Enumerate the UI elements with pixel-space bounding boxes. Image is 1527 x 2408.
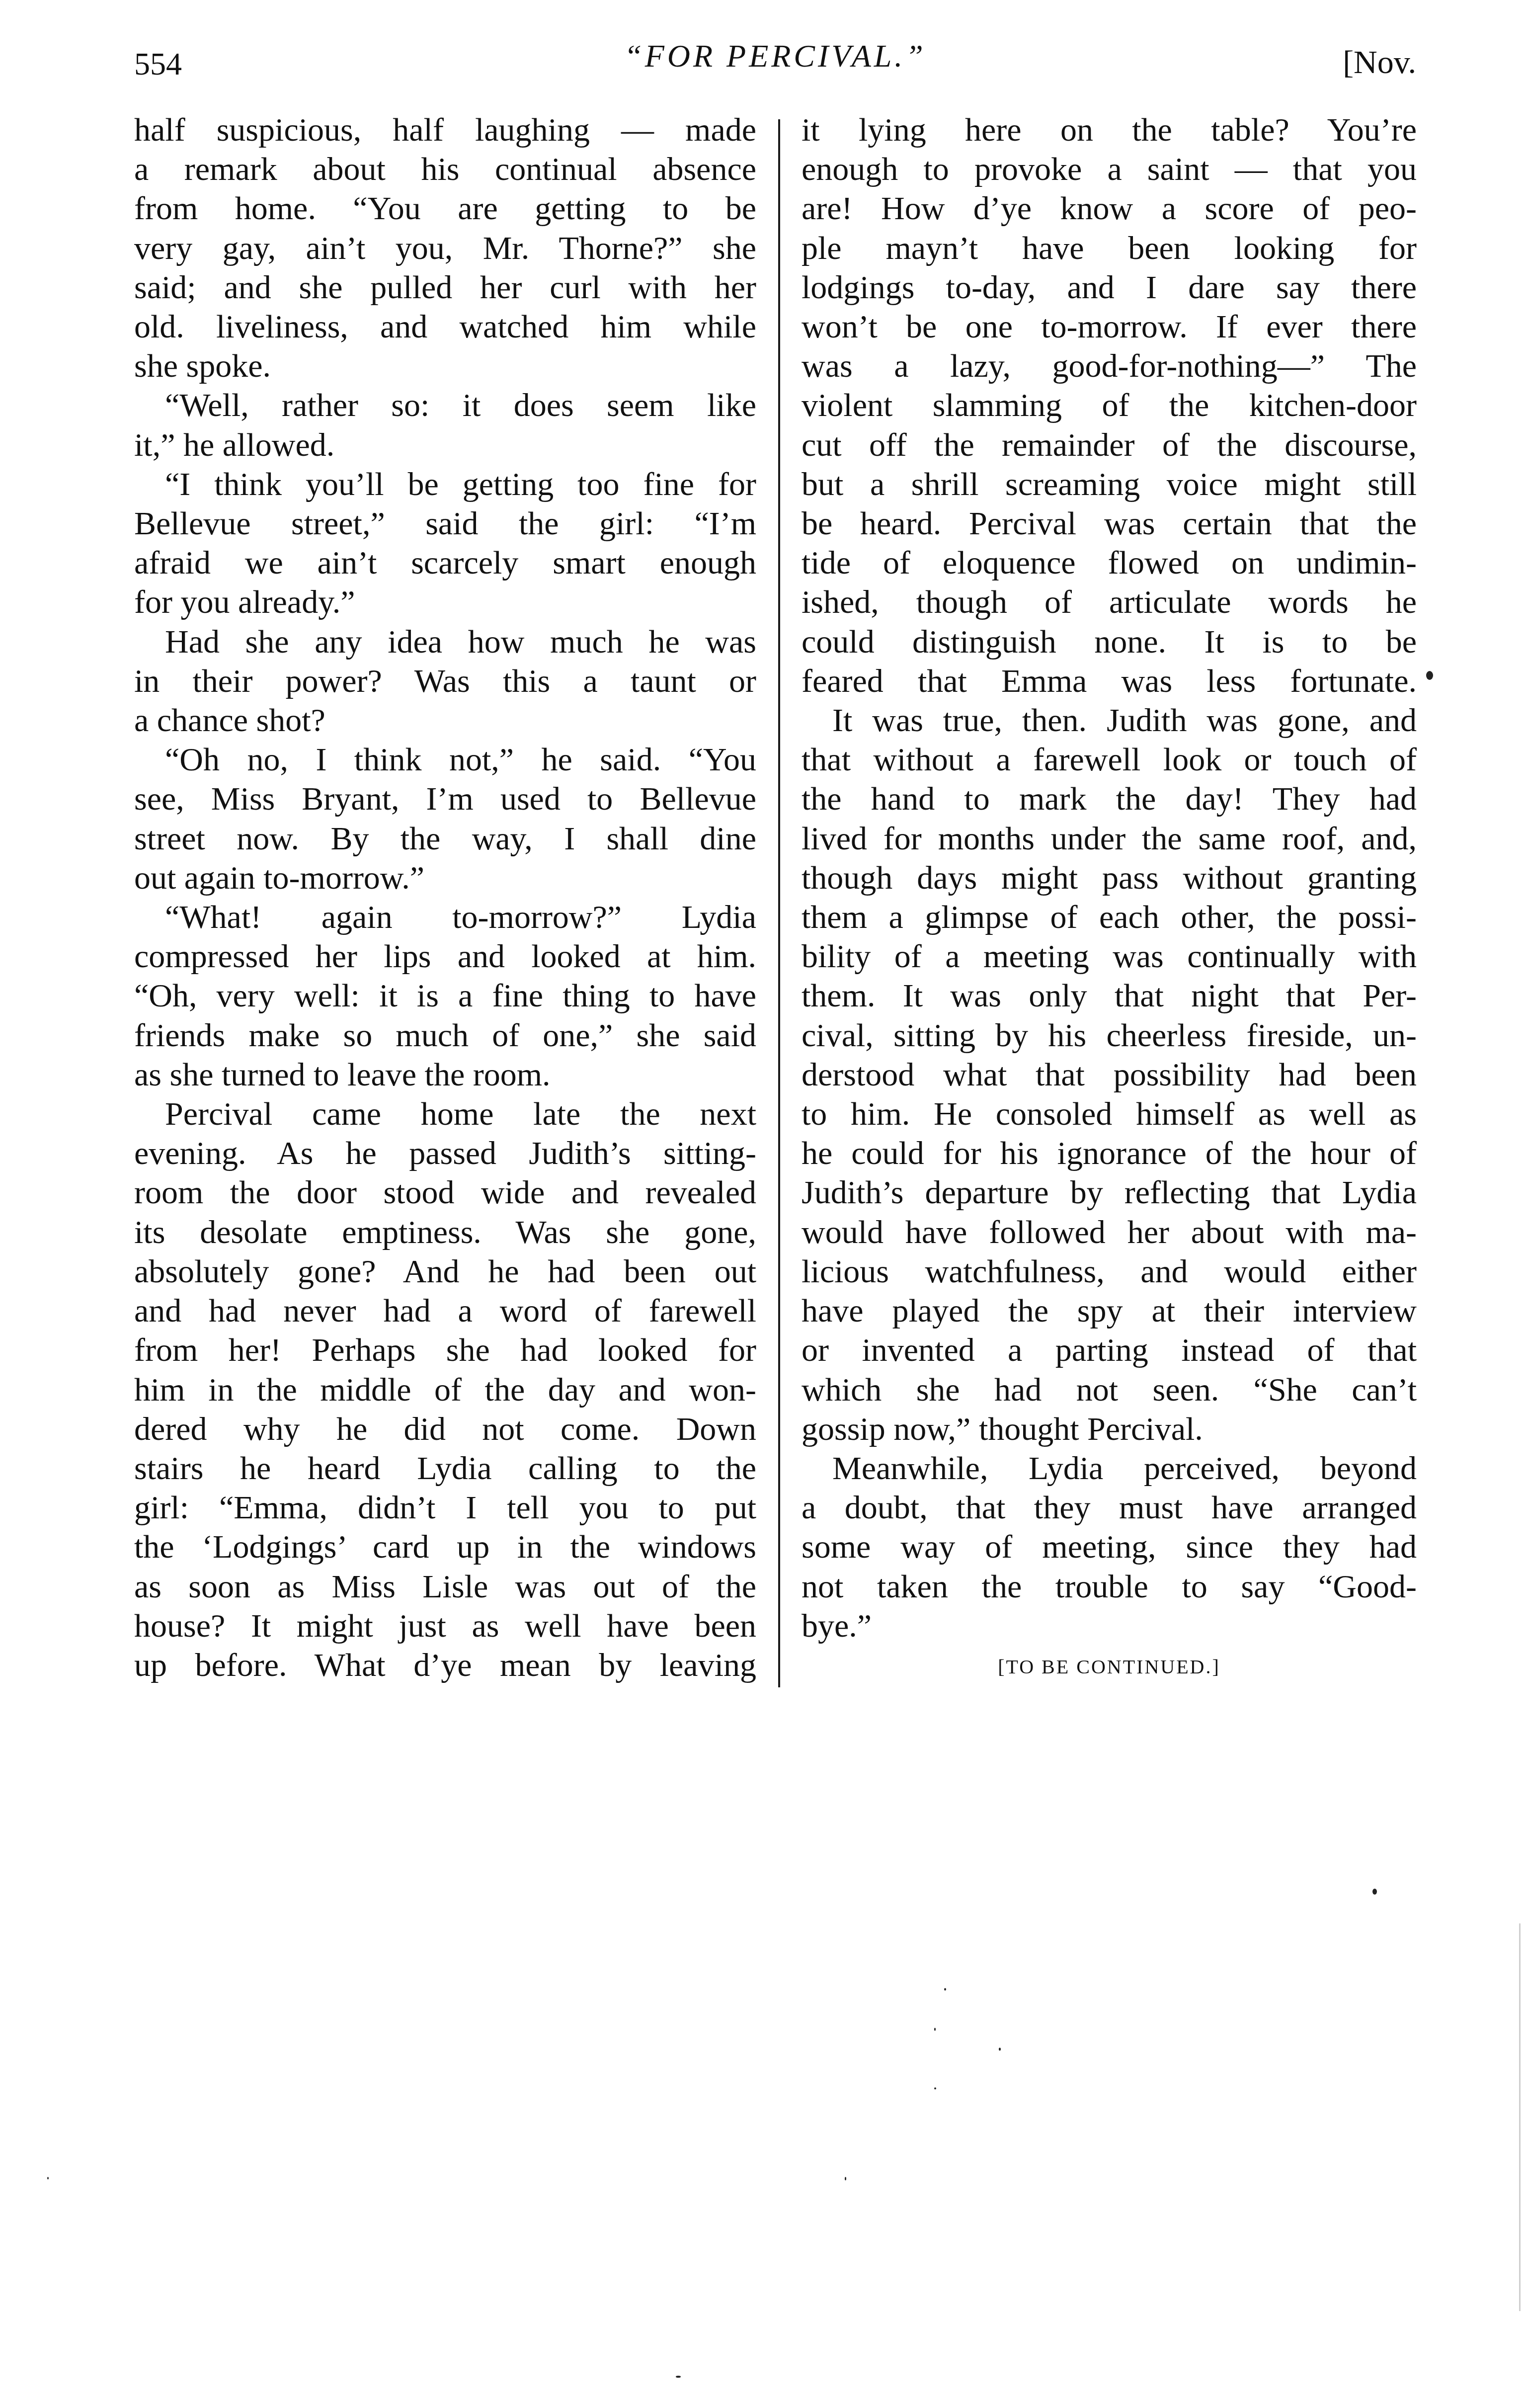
text-line: a remark about his continual absence (134, 150, 756, 189)
text-line: It was true, then. Judith was gone, and (802, 701, 1417, 740)
print-speck (999, 2048, 1001, 2051)
text-line: a chance shot? (134, 701, 756, 740)
text-line: Meanwhile, Lydia perceived, beyond (802, 1449, 1417, 1488)
print-speck (1426, 671, 1433, 680)
text-line: very gay, ain’t you, Mr. Thorne?” she (134, 229, 756, 268)
to-be-continued-note: [TO BE CONTINUED.] (802, 1655, 1417, 1678)
text-line: cival, sitting by his cheerless fireside… (802, 1016, 1417, 1055)
text-line: it lying here on the table? You’re (802, 110, 1417, 150)
page-edge-line (1519, 1923, 1521, 2311)
text-line: that without a farewell look or touch of (802, 740, 1417, 779)
text-line: lodgings to-day, and I dare say there (802, 268, 1417, 307)
text-line: absolutely gone? And he had been out (134, 1252, 756, 1291)
text-line: them. It was only that night that Per- (802, 976, 1417, 1015)
text-line: room the door stood wide and revealed (134, 1173, 756, 1212)
text-line: it,” he allowed. (134, 425, 756, 465)
print-speck (845, 2177, 846, 2180)
text-line: she spoke. (134, 346, 756, 386)
column-divider (778, 119, 780, 1687)
text-line: ished, though of articulate words he (802, 582, 1417, 622)
text-line: dered why he did not come. Down (134, 1410, 756, 1449)
text-line: won’t be one to-morrow. If ever there (802, 307, 1417, 346)
running-title: “FOR PERCIVAL.” (134, 38, 1416, 75)
text-line: as soon as Miss Lisle was out of the (134, 1567, 756, 1606)
running-date: [Nov. (1343, 44, 1416, 82)
running-header: 554 “FOR PERCIVAL.” [Nov. (134, 35, 1416, 84)
text-line: are! How d’ye know a score of peo- (802, 189, 1417, 228)
text-line: see, Miss Bryant, I’m used to Bellevue (134, 779, 756, 819)
text-line: house? It might just as well have been (134, 1606, 756, 1646)
text-line: as she turned to leave the room. (134, 1055, 756, 1094)
text-line: in their power? Was this a taunt or (134, 662, 756, 701)
text-line: said; and she pulled her curl with her (134, 268, 756, 307)
text-line: them a glimpse of each other, the possi- (802, 898, 1417, 937)
text-line: compressed her lips and looked at him. (134, 937, 756, 976)
text-line: gossip now,” thought Percival. (802, 1410, 1417, 1449)
text-line: licious watchfulness, and would either (802, 1252, 1417, 1291)
text-line: enough to provoke a saint — that you (802, 150, 1417, 189)
text-line: and had never had a word of farewell (134, 1291, 756, 1330)
text-line: its desolate emptiness. Was she gone, (134, 1213, 756, 1252)
text-line: “Well, rather so: it does seem like (134, 386, 756, 425)
text-line: violent slamming of the kitchen-door (802, 386, 1417, 425)
print-speck (944, 1988, 946, 1991)
text-line: ple mayn’t have been looking for (802, 229, 1417, 268)
text-line: street now. By the way, I shall dine (134, 819, 756, 858)
text-line: Judith’s departure by reflecting that Ly… (802, 1173, 1417, 1212)
text-line: have played the spy at their interview (802, 1291, 1417, 1330)
text-line: to him. He consoled himself as well as (802, 1094, 1417, 1134)
text-line: be heard. Percival was certain that the (802, 504, 1417, 543)
text-line: Percival came home late the next (134, 1094, 756, 1134)
text-line: bye.” (802, 1606, 1417, 1646)
text-line: for you already.” (134, 582, 756, 622)
text-line: some way of meeting, since they had (802, 1527, 1417, 1567)
text-line: though days might pass without granting (802, 858, 1417, 898)
text-line: derstood what that possibility had been (802, 1055, 1417, 1094)
text-line: afraid we ain’t scarcely smart enough (134, 543, 756, 582)
print-speck (934, 2087, 936, 2089)
text-line: a doubt, that they must have arranged (802, 1488, 1417, 1527)
print-speck (934, 2028, 936, 2031)
text-line: the ‘Lodgings’ card up in the windows (134, 1527, 756, 1567)
left-column: half suspicious, half laughing — madea r… (134, 110, 756, 1685)
text-line: friends make so much of one,” she said (134, 1016, 756, 1055)
text-line: but a shrill screaming voice might still (802, 465, 1417, 504)
text-line: stairs he heard Lydia calling to the (134, 1449, 756, 1488)
text-line: “Oh no, I think not,” he said. “You (134, 740, 756, 779)
text-line: the hand to mark the day! They had (802, 779, 1417, 819)
text-line: girl: “Emma, didn’t I tell you to put (134, 1488, 756, 1527)
text-line: feared that Emma was less fortunate. (802, 662, 1417, 701)
text-line: out again to-morrow.” (134, 858, 756, 898)
text-line: tide of eloquence flowed on undimin- (802, 543, 1417, 582)
text-line: or invented a parting instead of that (802, 1330, 1417, 1370)
text-line: up before. What d’ye mean by leaving (134, 1646, 756, 1685)
text-line: “Oh, very well: it is a fine thing to ha… (134, 976, 756, 1015)
text-line: Bellevue street,” said the girl: “I’m (134, 504, 756, 543)
text-line: him in the middle of the day and won- (134, 1370, 756, 1410)
text-line: would have followed her about with ma- (802, 1213, 1417, 1252)
text-line: was a lazy, good-for-nothing—” The (802, 346, 1417, 386)
text-line: Had she any idea how much he was (134, 622, 756, 662)
text-line: from her! Perhaps she had looked for (134, 1330, 756, 1370)
text-line: lived for months under the same roof, an… (802, 819, 1417, 858)
text-line: “I think you’ll be getting too fine for (134, 465, 756, 504)
print-speck (676, 2376, 681, 2378)
text-line: cut off the remainder of the discourse, (802, 425, 1417, 465)
text-line: which she had not seen. “She can’t (802, 1370, 1417, 1410)
text-line: half suspicious, half laughing — made (134, 110, 756, 150)
text-line: could distinguish none. It is to be (802, 622, 1417, 662)
text-line: evening. As he passed Judith’s sitting- (134, 1134, 756, 1173)
text-line: not taken the trouble to say “Good- (802, 1567, 1417, 1606)
text-line: he could for his ignorance of the hour o… (802, 1134, 1417, 1173)
text-line: “What! again to-morrow?” Lydia (134, 898, 756, 937)
print-speck (1372, 1889, 1377, 1895)
print-speck (47, 2177, 49, 2179)
text-line: bility of a meeting was continually with (802, 937, 1417, 976)
right-column: it lying here on the table? You’reenough… (802, 110, 1417, 1646)
text-line: from home. “You are getting to be (134, 189, 756, 228)
text-line: old. liveliness, and watched him while (134, 307, 756, 346)
